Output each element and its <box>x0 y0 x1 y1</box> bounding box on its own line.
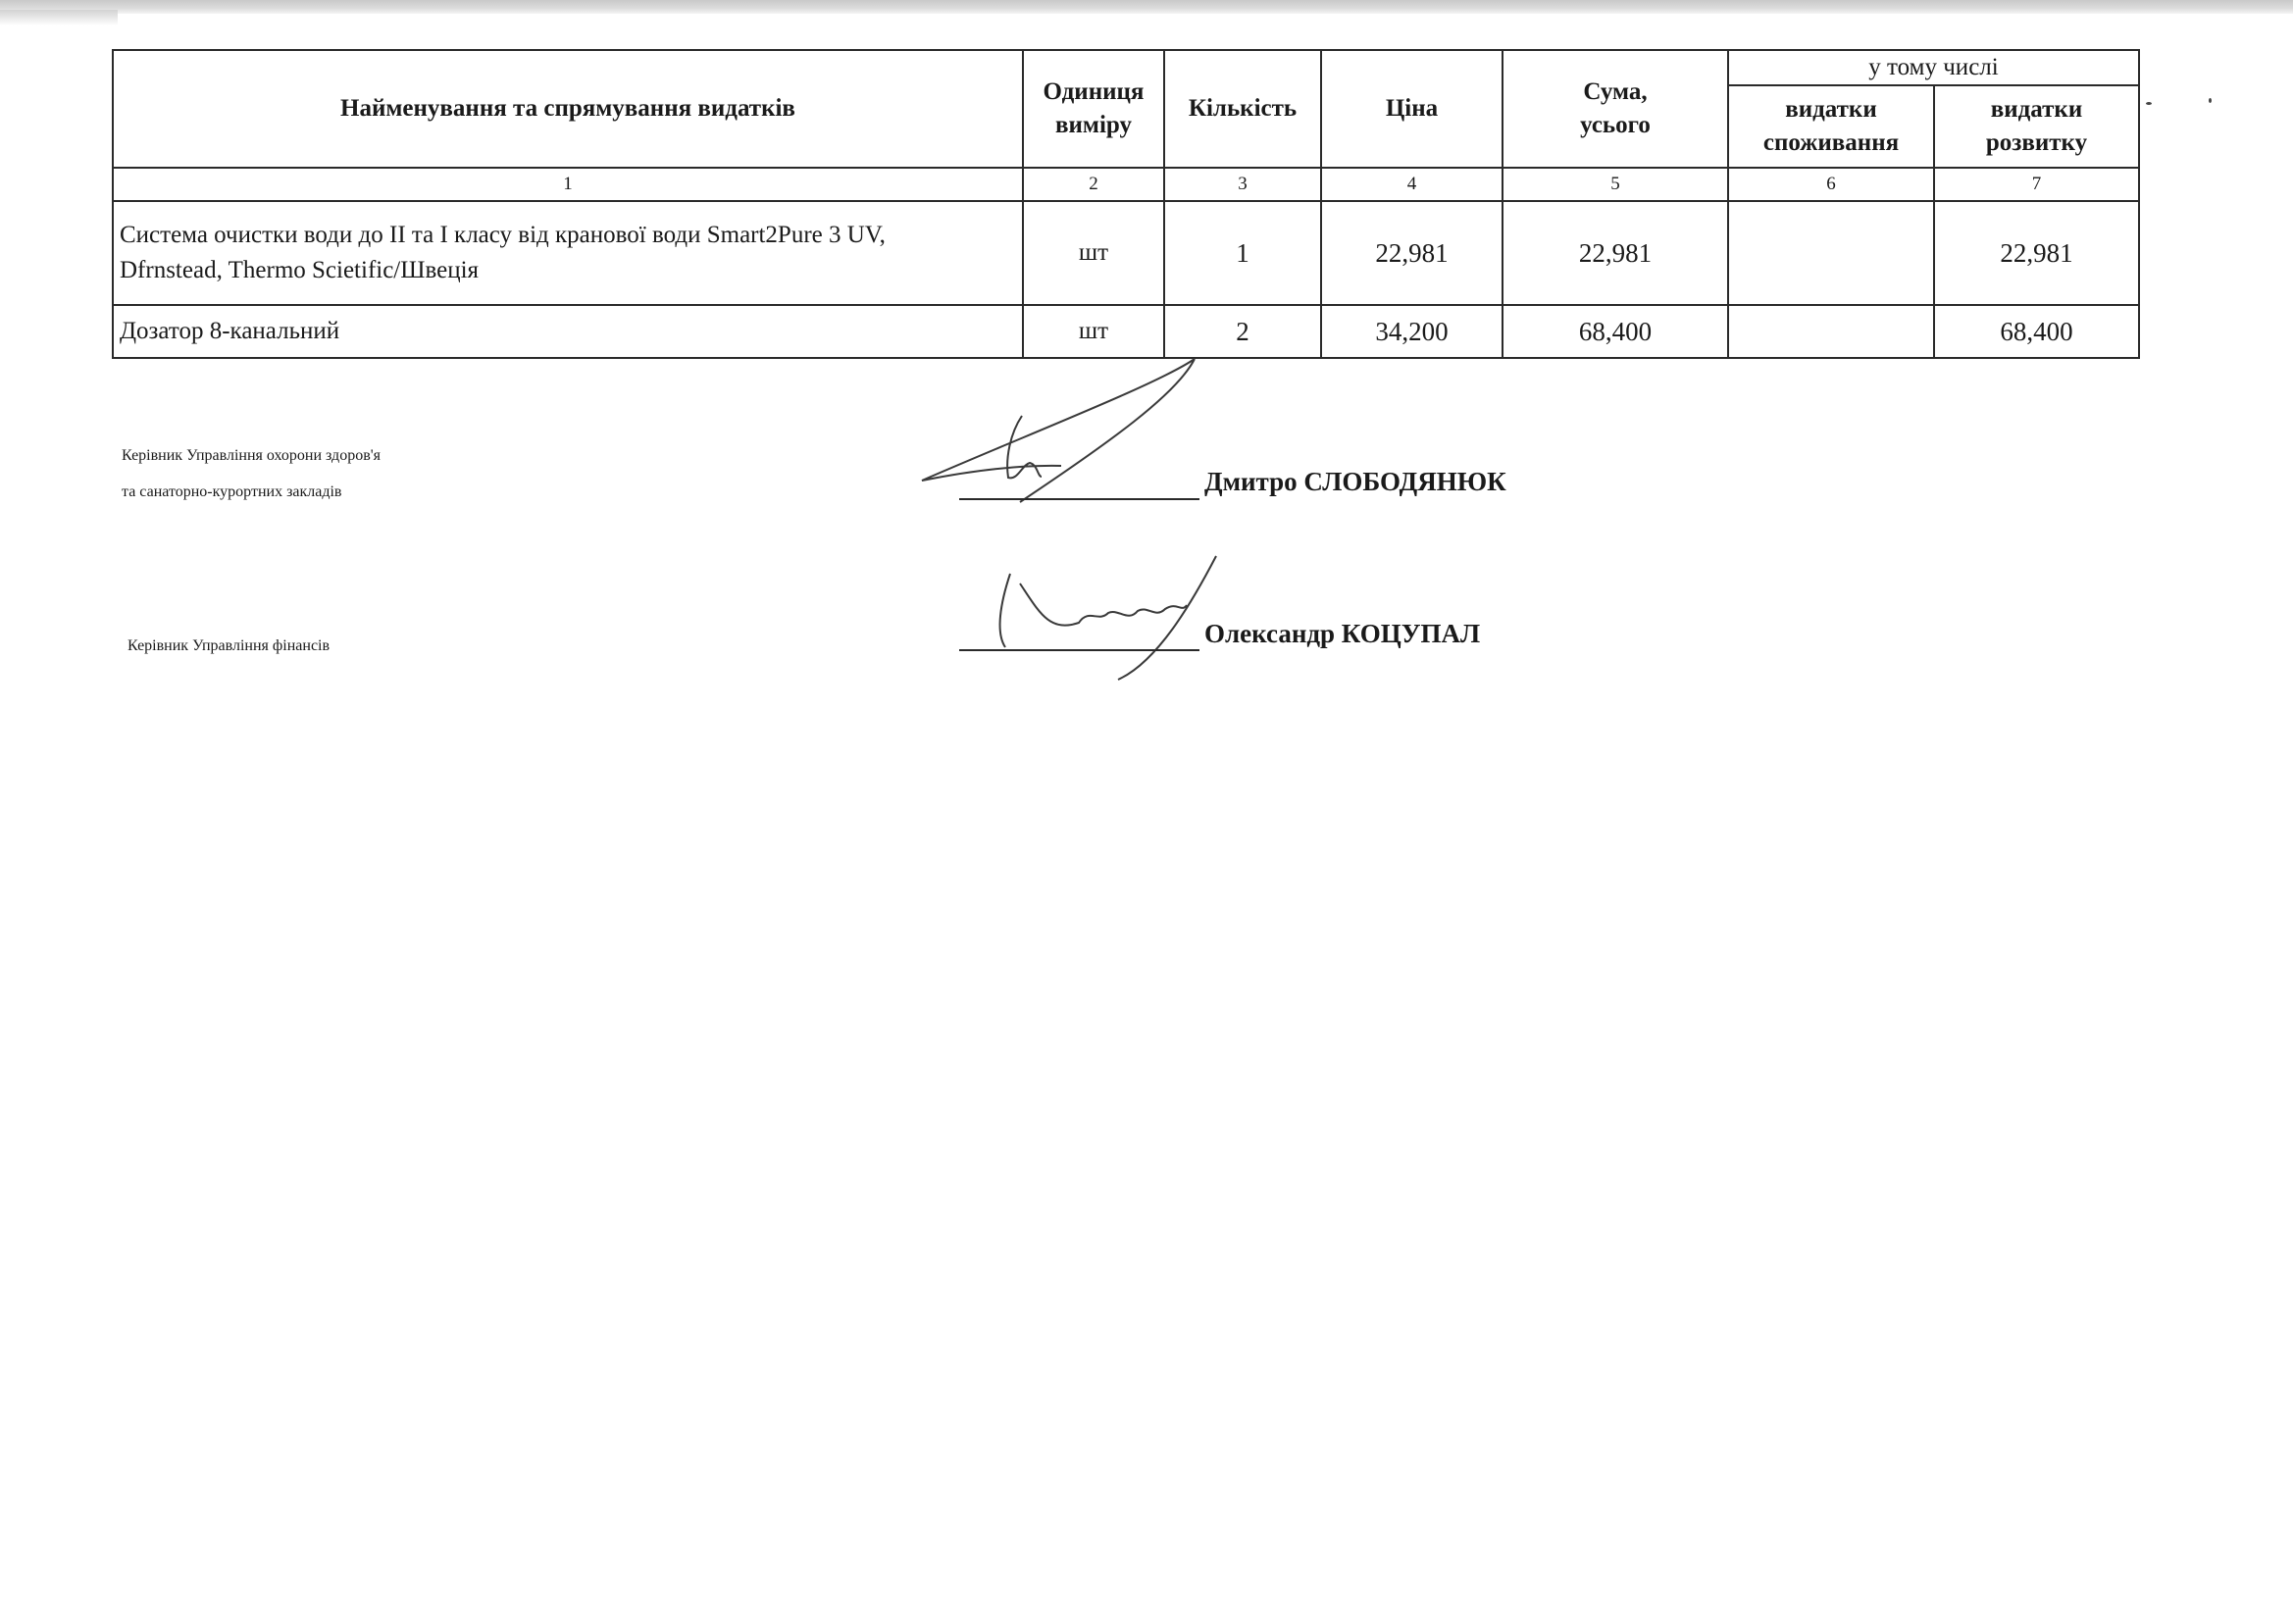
signature-slobodianiuk <box>912 355 1206 512</box>
column-number: 5 <box>1503 168 1728 201</box>
item-name-line1: Система очистки води до II та I класу ві… <box>120 222 886 248</box>
item-price: 34,200 <box>1321 305 1503 358</box>
column-number-row: 1 2 3 4 5 6 7 <box>113 168 2139 201</box>
expenses-table: Найменування та спрямування видатків Оди… <box>112 49 2140 359</box>
signatory-position-finance: Керівник Управління фінансів <box>127 628 330 664</box>
signature-kotsupal <box>981 554 1236 682</box>
column-number: 4 <box>1321 168 1503 201</box>
header-consumption-text: видатки споживання <box>1753 93 1910 160</box>
column-number: 3 <box>1164 168 1321 201</box>
position-line2: та санаторно-курортних закладів <box>122 483 341 500</box>
signatory-position-health: Керівник Управління охорони здоров'я та … <box>122 437 381 510</box>
header-development-text: видатки розвитку <box>1978 93 2096 160</box>
column-number: 2 <box>1023 168 1164 201</box>
item-name: Система очистки води до II та I класу ві… <box>113 201 1023 305</box>
column-number: 1 <box>113 168 1023 201</box>
table-row: Дозатор 8-канальний шт 2 34,200 68,400 6… <box>113 305 2139 358</box>
scan-speck <box>2209 98 2212 103</box>
item-development: 22,981 <box>1934 201 2139 305</box>
header-unit: Одиниця виміру <box>1023 50 1164 168</box>
scan-edge-top <box>0 0 2293 14</box>
item-quantity: 2 <box>1164 305 1321 358</box>
header-total-text: Сума, усього <box>1566 76 1664 142</box>
header-price: Ціна <box>1321 50 1503 168</box>
item-total: 22,981 <box>1503 201 1728 305</box>
header-row-top: Найменування та спрямування видатків Оди… <box>113 50 2139 85</box>
header-quantity: Кількість <box>1164 50 1321 168</box>
item-total: 68,400 <box>1503 305 1728 358</box>
item-name: Дозатор 8-канальний <box>113 305 1023 358</box>
item-price: 22,981 <box>1321 201 1503 305</box>
column-number: 6 <box>1728 168 1934 201</box>
item-development: 68,400 <box>1934 305 2139 358</box>
signature-line <box>959 498 1199 500</box>
item-unit: шт <box>1023 305 1164 358</box>
position-line1: Керівник Управління охорони здоров'я <box>122 447 381 464</box>
header-total: Сума, усього <box>1503 50 1728 168</box>
scan-edge-shadow <box>0 10 118 25</box>
item-consumption <box>1728 305 1934 358</box>
header-consumption: видатки споживання <box>1728 85 1934 168</box>
item-quantity: 1 <box>1164 201 1321 305</box>
signature-line <box>959 649 1199 651</box>
signatory-name-kotsupal: Олександр КОЦУПАЛ <box>1204 619 1480 649</box>
header-including: у тому числі <box>1728 50 2139 85</box>
signatory-name-slobodianiuk: Дмитро СЛОБОДЯНЮК <box>1204 467 1506 497</box>
item-name-line2: Dfrnstead, Thermo Scietific/Швеція <box>120 257 479 283</box>
column-number: 7 <box>1934 168 2139 201</box>
item-unit: шт <box>1023 201 1164 305</box>
item-consumption <box>1728 201 1934 305</box>
scan-speck <box>2146 102 2152 105</box>
header-name: Найменування та спрямування видатків <box>113 50 1023 168</box>
header-development: видатки розвитку <box>1934 85 2139 168</box>
header-unit-text: Одиниця виміру <box>1040 76 1147 142</box>
table-row: Система очистки води до II та I класу ві… <box>113 201 2139 305</box>
